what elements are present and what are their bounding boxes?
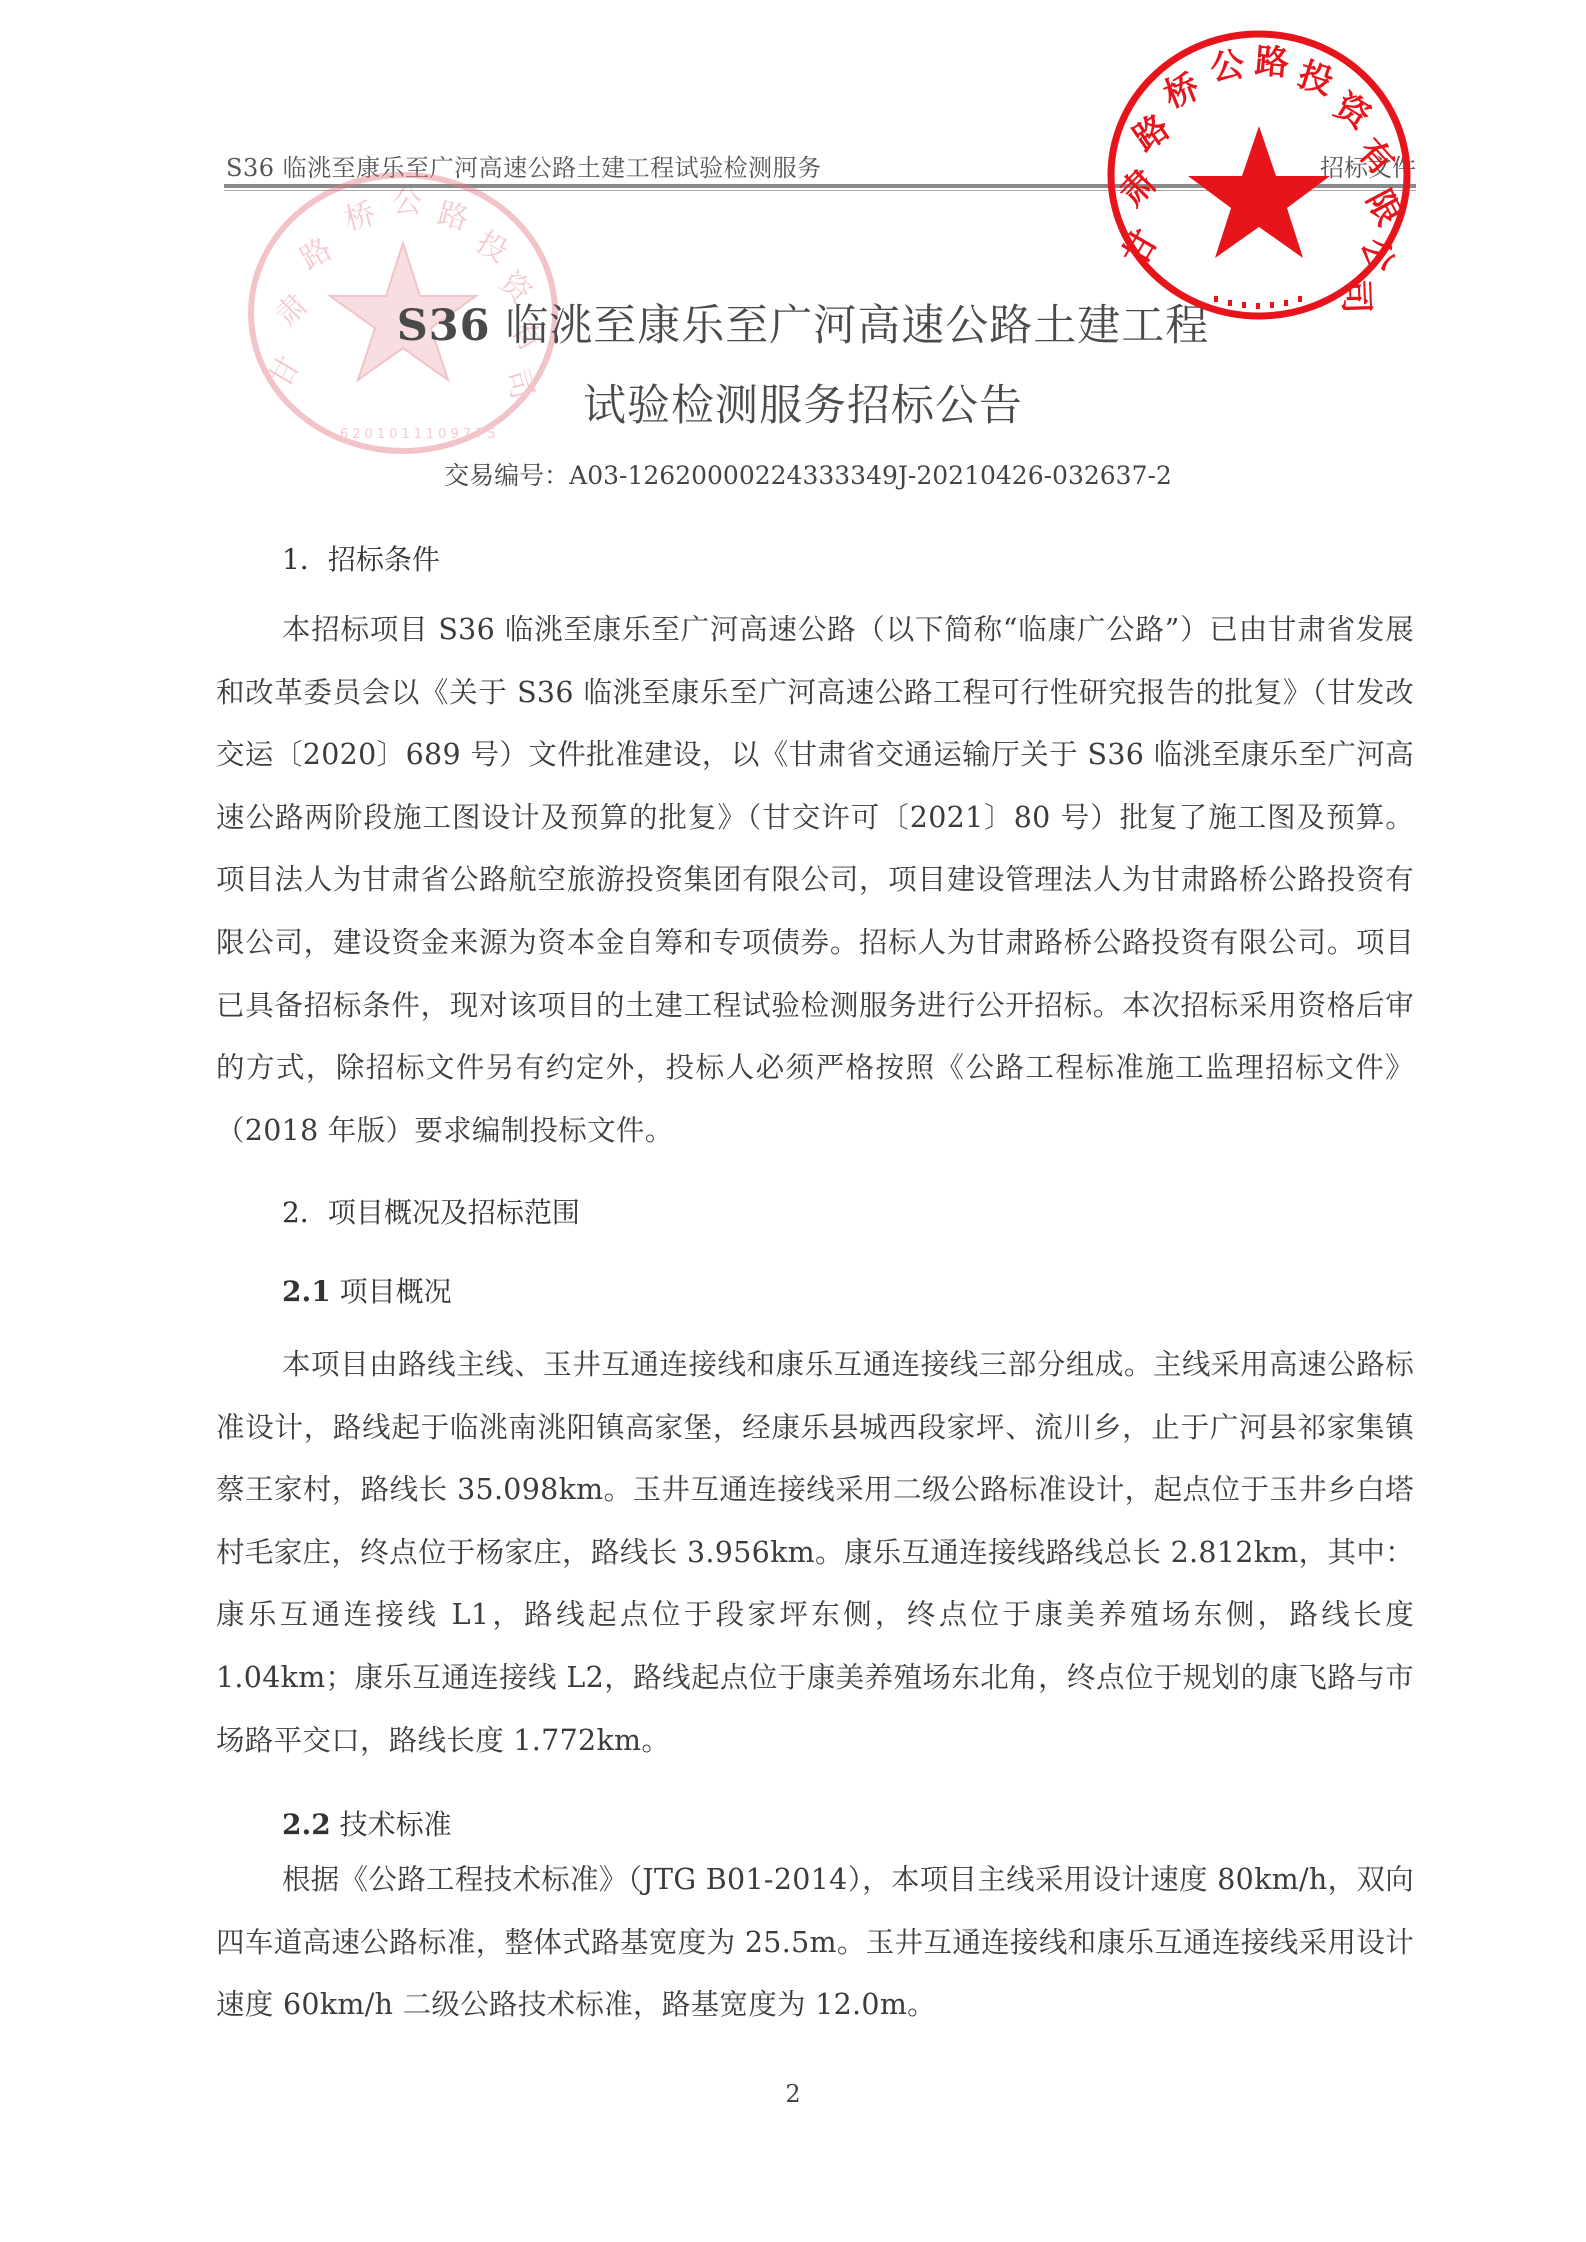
svg-text:路: 路: [1253, 41, 1290, 84]
header-doc-type: 招标文件: [1320, 148, 1416, 183]
document-page: S36 临洮至康乐至广河高速公路土建工程试验检测服务 招标文件 甘 肃 路 桥 …: [0, 0, 1586, 2242]
section-heading-2: 2．项目概况及招标范围: [282, 1191, 580, 1231]
running-header: S36 临洮至康乐至广河高速公路土建工程试验检测服务 招标文件: [226, 148, 1416, 182]
transaction-label: 交易编号：: [444, 461, 569, 490]
title-route-code: S36: [397, 301, 491, 351]
section-2-2-title: 技术标准: [331, 1808, 452, 1841]
svg-text:投: 投: [1293, 55, 1338, 104]
section-2-2-paragraph: 根据《公路工程技术标准》（JTG B01-2014），本项目主线采用设计速度 8…: [216, 1849, 1414, 2037]
section-heading-2-2: 2.2 技术标准: [282, 1803, 452, 1843]
notice-title-line-2: 试验检测服务招标公告: [0, 372, 1586, 433]
svg-text:路: 路: [434, 196, 472, 238]
svg-text:甘: 甘: [1115, 223, 1167, 272]
header-rule: [224, 184, 1416, 191]
svg-text:桥: 桥: [341, 196, 379, 238]
transaction-value: A03-12620000224333349J-20210426-032637-2: [569, 461, 1172, 490]
svg-text:资: 资: [1327, 86, 1378, 138]
section-2-1-paragraph: 本项目由路线主线、玉井互通连接线和康乐互通连接线三部分组成。主线采用高速公路标准…: [216, 1334, 1414, 1772]
section-2-2-number: 2.2: [282, 1808, 331, 1841]
page-number: 2: [0, 2080, 1586, 2108]
svg-text:桥: 桥: [1158, 67, 1205, 117]
section-2-1-number: 2.1: [282, 1275, 331, 1308]
svg-text:公: 公: [1208, 45, 1247, 89]
svg-text:路: 路: [295, 232, 338, 277]
title-route-name: 临洮至康乐至广河高速公路土建工程: [491, 301, 1210, 351]
svg-text:公: 公: [1353, 234, 1400, 277]
section-heading-1: 1．招标条件: [282, 538, 440, 578]
header-project-name: S36 临洮至康乐至广河高速公路土建工程试验检测服务: [226, 148, 822, 183]
notice-title-line-1: S36 临洮至康乐至广河高速公路土建工程: [0, 292, 1586, 353]
svg-text:投: 投: [470, 225, 513, 270]
transaction-number: 交易编号：A03-12620000224333349J-20210426-032…: [0, 456, 1586, 492]
section-1-paragraph: 本招标项目 S36 临洮至康乐至广河高速公路（以下简称“临康广公路”）已由甘肃省…: [216, 599, 1414, 1162]
section-2-1-title: 项目概况: [331, 1275, 452, 1308]
section-heading-2-1: 2.1 项目概况: [282, 1270, 452, 1310]
